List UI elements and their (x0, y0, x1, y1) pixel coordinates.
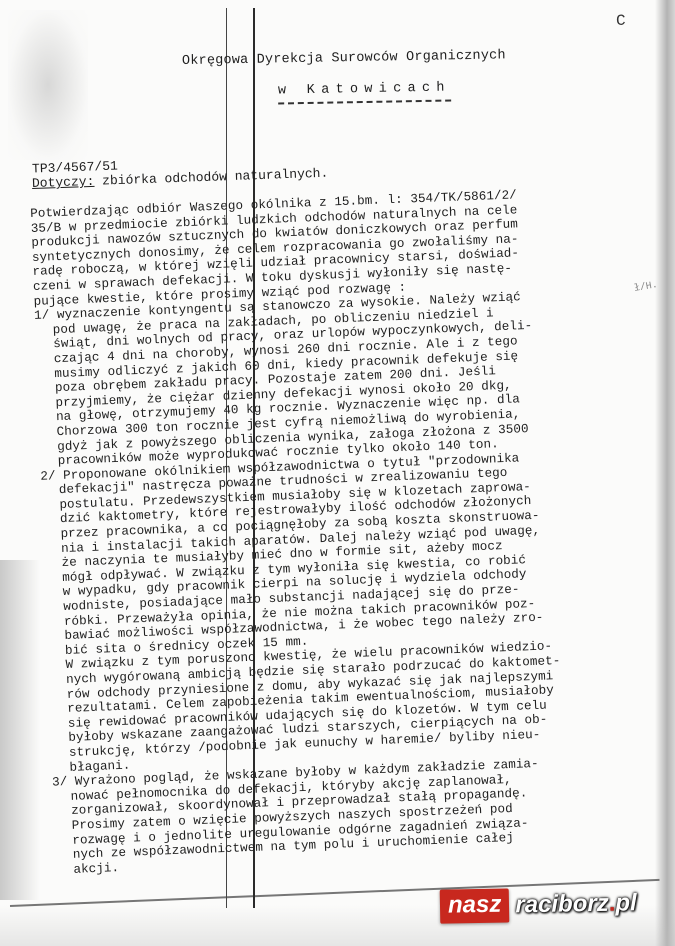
scan-shadow-left (8, 10, 88, 160)
scanned-document-page: C ł/H. Okręgowa Dyrekcja Surowców Organi… (0, 0, 675, 946)
subject-label: Dotyczy: (32, 174, 95, 191)
scan-shadow-right (655, 0, 675, 946)
logo-brand-white: raciborz (515, 890, 609, 920)
addressee-line-1: Okręgowa Dyrekcja Surowców Organicznych (182, 48, 506, 69)
letter-body: Potwierdzając odbiór Waszego okólnika z … (30, 184, 655, 878)
addressee-line-2: w Katowicach (278, 80, 451, 104)
logo-tld: pl (615, 889, 637, 917)
scan-shadow-left-lower (0, 560, 40, 900)
corner-mark: C (616, 12, 626, 30)
watermark-logo: nasz raciborz.pl (440, 886, 637, 923)
subject-text: zbiórka odchodów naturalnych. (94, 166, 328, 189)
logo-brand-red: nasz (440, 889, 510, 924)
